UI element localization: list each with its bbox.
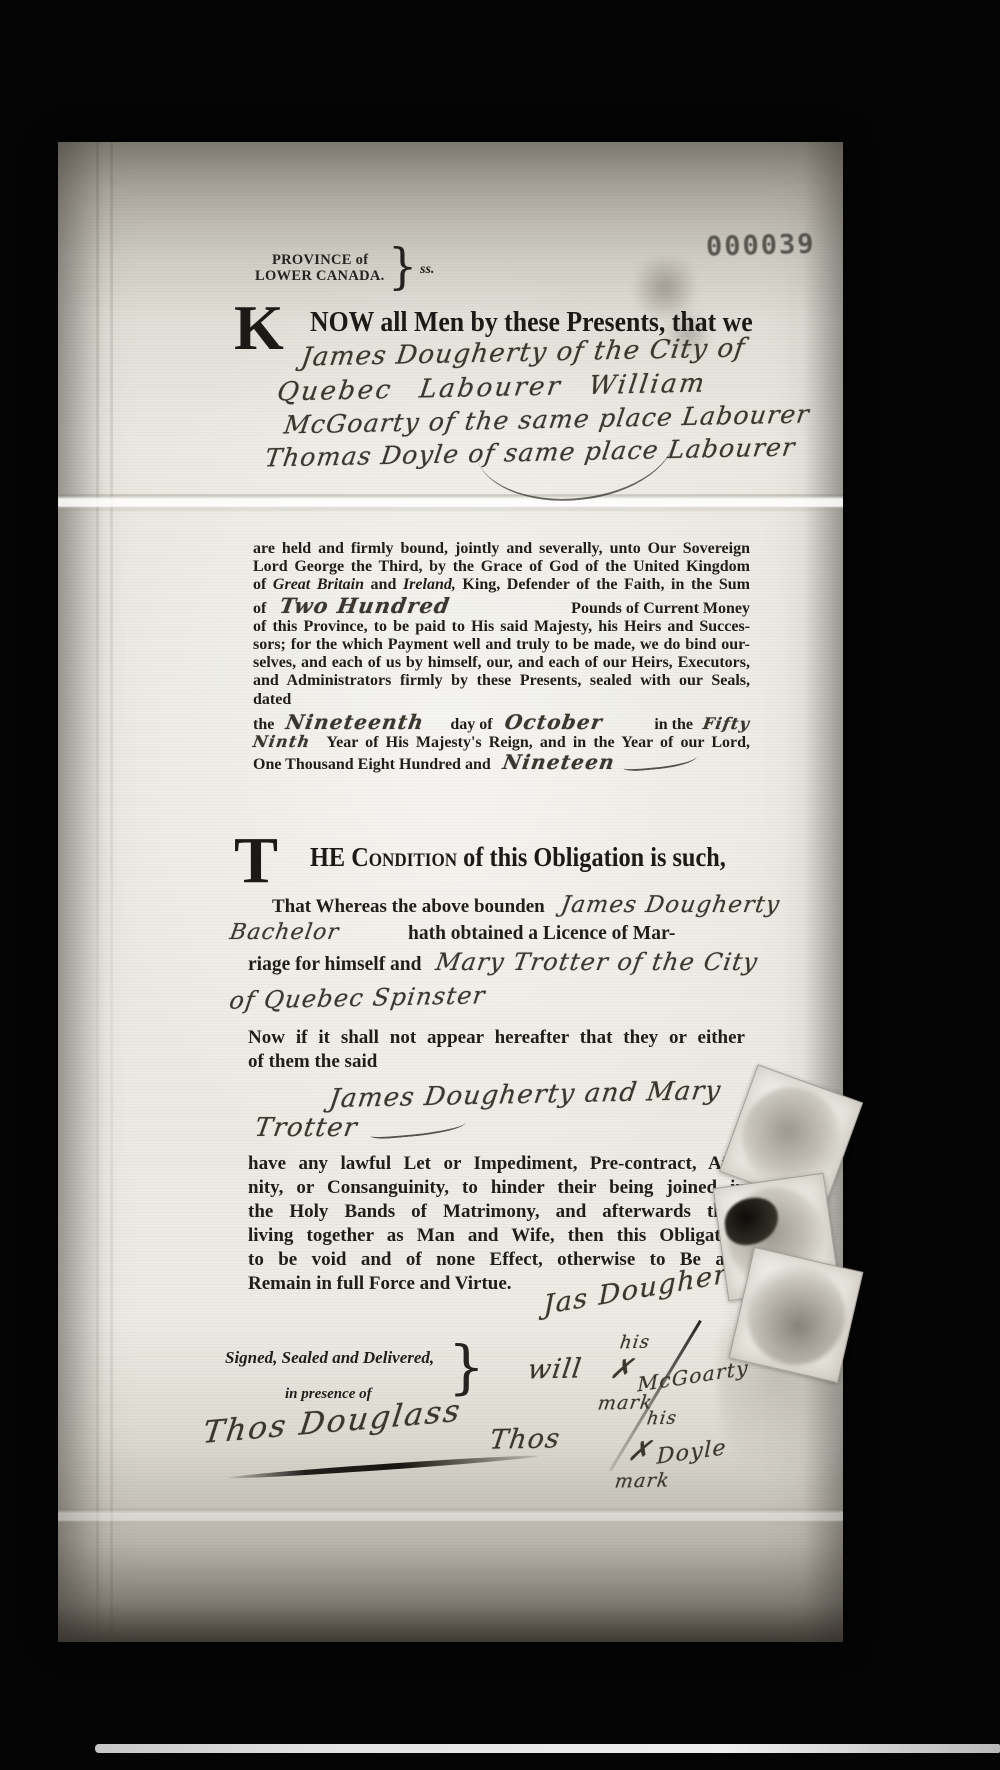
condition-line-b-print: hath obtained a Licence of Mar- — [408, 923, 675, 944]
dropcap-k: K — [234, 302, 284, 354]
stamp-number: 000039 — [706, 229, 816, 263]
bond-line-1: are held and firmly bound, jointly and s… — [253, 540, 750, 558]
province-heading-line1: PROVINCE of — [272, 252, 368, 269]
month-handwritten: October — [503, 712, 604, 732]
attestation-brace: } — [448, 1338, 485, 1396]
obligation-line-2: nity, or Consanguinity, to hinder their … — [248, 1176, 746, 1200]
bride-name-handwritten: Mary Trotter of the City — [434, 950, 760, 974]
bond-line-4: of Two Hundred Pounds of Current Money — [253, 595, 750, 618]
bond-line-9-inthe: in the — [654, 716, 693, 734]
bond-line-3-seg: and — [364, 576, 403, 593]
sum-handwritten: Two Hundred — [279, 595, 452, 616]
wafer-seal-3 — [729, 1247, 864, 1383]
reign-year-handwritten-2: Ninth — [252, 734, 312, 750]
bond-line-11-print: One Thousand Eight Hundred and — [253, 756, 491, 774]
mark2-surname: Doyle — [656, 1435, 727, 1469]
bond-line-4-of: of — [253, 600, 266, 618]
trotter-handwritten: Trotter — [253, 1115, 360, 1141]
bond-line-11: One Thousand Eight Hundred and Nineteen — [253, 752, 750, 774]
bond-line-4-pounds: Pounds of Current Money — [571, 600, 750, 618]
province-heading-line2: LOWER CANADA. — [255, 268, 385, 285]
year-handwritten: Nineteen — [501, 752, 616, 772]
mark1-given-name: will — [526, 1353, 584, 1385]
bond-paragraph: are held and firmly bound, jointly and s… — [253, 540, 750, 774]
horizontal-fold-crease — [58, 1508, 843, 1526]
mark2-given-name: Thos — [488, 1423, 563, 1455]
bond-line-2: Lord George the Third, by the Grace of G… — [253, 558, 750, 576]
condition-line-c-print: riage for himself and — [248, 954, 422, 975]
document-paper: PROVINCE of LOWER CANADA. } ss. 000039 K… — [58, 142, 843, 1642]
obligation-line-4: living together as Man and Wife, then th… — [248, 1224, 746, 1248]
bond-line-3: of Great Britain and Ireland, King, Defe… — [253, 576, 750, 594]
condition-line-a-print: That Whereas the above bounden — [272, 896, 545, 917]
condition-heading-condition: Condition — [351, 842, 457, 872]
in-presence-of: in presence of — [285, 1386, 372, 1403]
bond-line-10: Ninth Year of His Majesty's Reign, and i… — [253, 734, 750, 752]
groom-name-handwritten: James Dougherty — [559, 894, 782, 917]
vertical-fold-line — [110, 142, 113, 1642]
bond-line-7: selves, and each of us by himself, our, … — [253, 654, 750, 672]
bond-line-9: the Nineteenth day of October in the Fif… — [253, 712, 750, 734]
scan-bottom-strip — [95, 1744, 1000, 1753]
ireland-italic: Ireland, — [403, 576, 456, 593]
bond-line-3-seg: of — [253, 576, 273, 593]
ss-abbreviation: ss. — [420, 262, 434, 278]
condition-heading-he: HE — [310, 842, 351, 872]
horizontal-fold-crease — [58, 494, 843, 512]
condition-line-e: Now if it shall not appear hereafter tha… — [248, 1026, 745, 1050]
handwritten-principal-line1: James Dougherty of the City of — [299, 333, 747, 372]
vertical-fold-line — [96, 142, 99, 1642]
bachelor-handwritten: Bachelor — [228, 922, 359, 944]
bride-residence-handwritten: of Quebec Spinster — [228, 981, 488, 1014]
mark1-mark-word: mark — [596, 1391, 654, 1414]
condition-line-h: Trotter — [255, 1115, 466, 1141]
witness-signature-underline — [228, 1453, 538, 1481]
obligation-line-1: have any lawful Let or Impediment, Pre-c… — [248, 1152, 746, 1176]
bond-line-5: of this Province, to be paid to His said… — [253, 618, 750, 636]
day-handwritten: Nineteenth — [285, 712, 426, 732]
handwritten-principal-line2: Quebec Labourer William — [275, 369, 708, 408]
mark2-x-mark: ✗ — [626, 1436, 654, 1467]
bond-line-3-seg: King, Defender of the Faith, in the Sum — [456, 576, 750, 593]
couple-names-handwritten: James Dougherty and Mary — [327, 1076, 723, 1114]
bond-line-6: sors; for the which Payment well and tru… — [253, 636, 750, 654]
mark1-x-mark: ✗ — [608, 1354, 636, 1385]
seal-texture — [737, 1255, 855, 1374]
mark1-his: his — [619, 1332, 652, 1354]
condition-line-c: riage for himself and Mary Trotter of th… — [248, 950, 758, 976]
condition-dropcap-t: T — [234, 834, 278, 888]
pen-flourish — [622, 750, 697, 772]
reign-year-handwritten-1: Fifty — [702, 716, 752, 732]
scanned-document-page: PROVINCE of LOWER CANADA. } ss. 000039 K… — [0, 0, 1000, 1770]
great-britain-italic: Great Britain — [273, 576, 364, 593]
pen-flourish — [369, 1116, 466, 1140]
mark2-mark-word: mark — [613, 1469, 671, 1492]
jurisdiction-brace: } — [388, 242, 417, 290]
condition-line-f: of them the said — [248, 1050, 745, 1074]
attestation-clause: Signed, Sealed and Delivered, — [225, 1348, 434, 1368]
condition-line-a: That Whereas the above bounden James Dou… — [272, 894, 780, 918]
bond-line-9-dayof: day of — [450, 716, 492, 734]
condition-heading-rest: of this Obligation is such, — [457, 842, 726, 872]
mark2-his: his — [646, 1408, 679, 1430]
condition-line-b: Bachelor hath obtained a Licence of Mar- — [230, 922, 675, 945]
condition-heading: HE Condition of this Obligation is such, — [310, 842, 726, 873]
obligation-line-3: the Holy Bands of Matrimony, and afterwa… — [248, 1200, 746, 1224]
bond-line-8: and Administrators firmly by these Prese… — [253, 672, 750, 708]
